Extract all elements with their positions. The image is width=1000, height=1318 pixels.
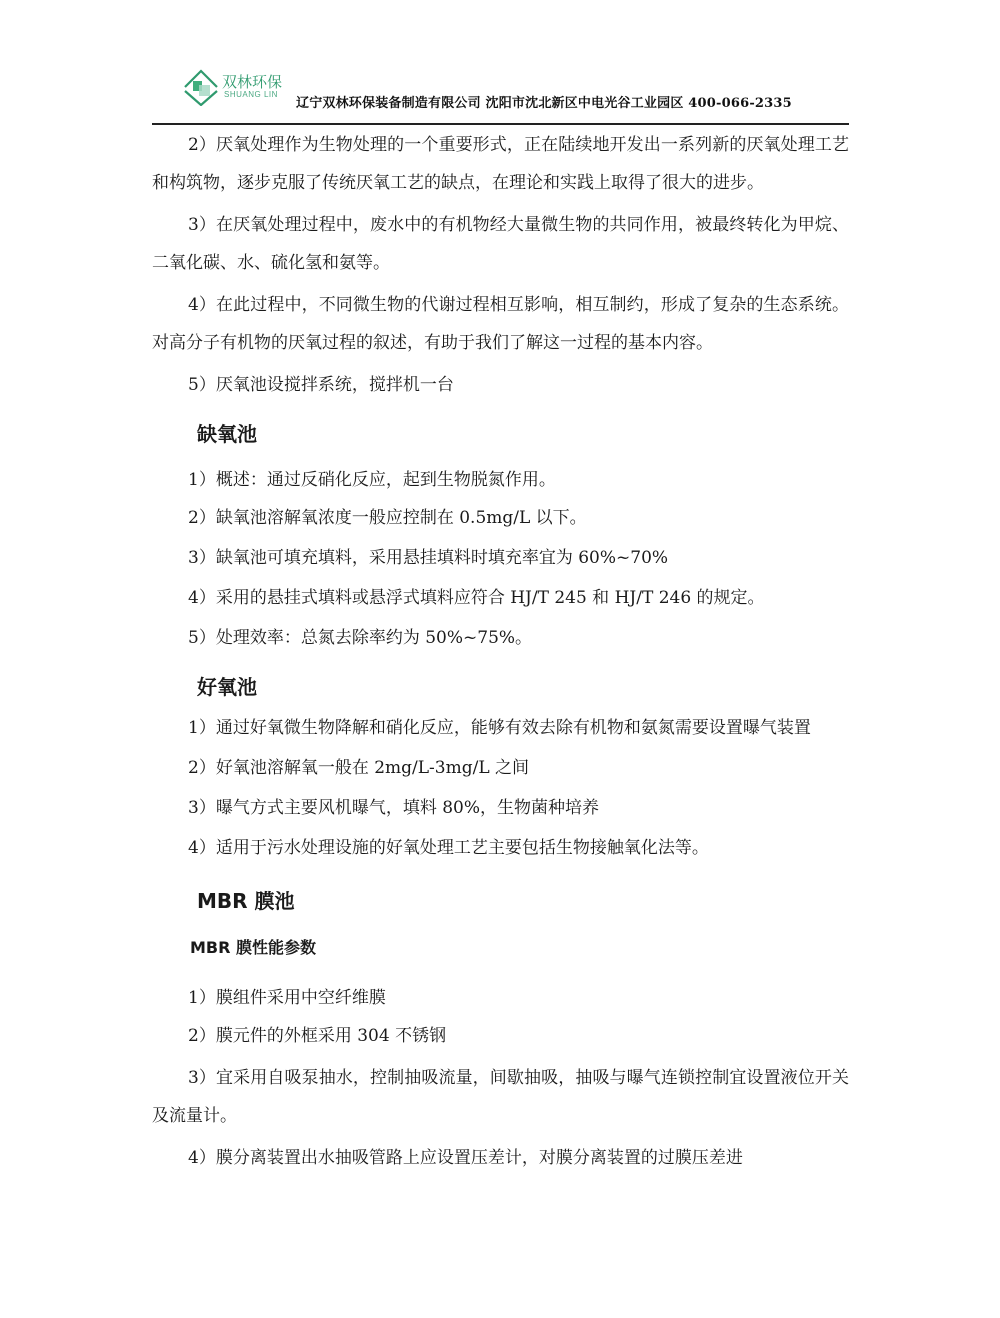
mbr-subtitle: MBR 膜性能参数 xyxy=(152,939,849,957)
anoxic-item-4: 4）采用的悬挂式填料或悬浮式填料应符合 HJ/T 245 和 HJ/T 246 … xyxy=(152,579,849,617)
aerobic-item-1: 1）通过好氧微生物降解和硝化反应，能够有效去除有机物和氨氮需要设置曝气装置 xyxy=(152,709,849,747)
logo-name-en: SHUANG LIN xyxy=(224,90,278,99)
aerobic-section: 好氧池 1）通过好氧微生物降解和硝化反应，能够有效去除有机物和氨氮需要设置曝气装… xyxy=(152,677,849,867)
anaerobic-item-5: 5）厌氧池设搅拌系统，搅拌机一台 xyxy=(152,366,849,404)
document-body: 2）厌氧处理作为生物处理的一个重要形式，正在陆续地开发出一系列新的厌氧处理工艺和… xyxy=(152,126,849,1177)
anoxic-section: 缺氧池 1）概述：通过反硝化反应，起到生物脱氮作用。 2）缺氧池溶解氧浓度一般应… xyxy=(152,424,849,657)
company-logo: 双林环保 SHUANG LIN xyxy=(182,68,292,106)
aerobic-item-3: 3）曝气方式主要风机曝气，填料 80%，生物菌种培养 xyxy=(152,789,849,827)
aerobic-item-4: 4）适用于污水处理设施的好氧处理工艺主要包括生物接触氧化法等。 xyxy=(152,829,849,867)
mbr-item-3: 3）宜采用自吸泵抽水，控制抽吸流量，间歇抽吸，抽吸与曝气连锁控制宜设置液位开关及… xyxy=(152,1059,849,1135)
mbr-section: MBR 膜池 MBR 膜性能参数 1）膜组件采用中空纤维膜 2）膜元件的外框采用… xyxy=(152,891,849,1177)
anoxic-item-5: 5）处理效率：总氮去除率约为 50%~75%。 xyxy=(152,619,849,657)
anaerobic-section-continued: 2）厌氧处理作为生物处理的一个重要形式，正在陆续地开发出一系列新的厌氧处理工艺和… xyxy=(152,126,849,404)
mbr-item-2: 2）膜元件的外框采用 304 不锈钢 xyxy=(152,1017,849,1055)
anaerobic-item-4: 4）在此过程中，不同微生物的代谢过程相互影响，相互制约，形成了复杂的生态系统。对… xyxy=(152,286,849,362)
mbr-item-4: 4）膜分离装置出水抽吸管路上应设置压差计，对膜分离装置的过膜压差进 xyxy=(152,1139,849,1177)
company-info: 辽宁双林环保装备制造有限公司 沈阳市沈北新区中电光谷工业园区 400-066-2… xyxy=(296,92,792,111)
logo-name-cn: 双林环保 xyxy=(222,71,282,92)
aerobic-title: 好氧池 xyxy=(152,677,849,697)
page-header: 双林环保 SHUANG LIN 辽宁双林环保装备制造有限公司 沈阳市沈北新区中电… xyxy=(152,62,849,124)
anoxic-item-1: 1）概述：通过反硝化反应，起到生物脱氮作用。 xyxy=(152,461,849,499)
aerobic-item-2: 2）好氧池溶解氧一般在 2mg/L-3mg/L 之间 xyxy=(152,749,849,787)
anoxic-item-3: 3）缺氧池可填充填料，采用悬挂填料时填充率宜为 60%~70% xyxy=(152,539,849,577)
header-divider xyxy=(152,123,849,125)
anaerobic-item-2: 2）厌氧处理作为生物处理的一个重要形式，正在陆续地开发出一系列新的厌氧处理工艺和… xyxy=(152,126,849,202)
anoxic-title: 缺氧池 xyxy=(152,424,849,444)
anoxic-item-2: 2）缺氧池溶解氧浓度一般应控制在 0.5mg/L 以下。 xyxy=(152,499,849,537)
mbr-title: MBR 膜池 xyxy=(152,891,849,911)
shuanglin-logo-icon xyxy=(182,68,220,106)
mbr-item-1: 1）膜组件采用中空纤维膜 xyxy=(152,979,849,1017)
anaerobic-item-3: 3）在厌氧处理过程中，废水中的有机物经大量微生物的共同作用，被最终转化为甲烷、二… xyxy=(152,206,849,282)
